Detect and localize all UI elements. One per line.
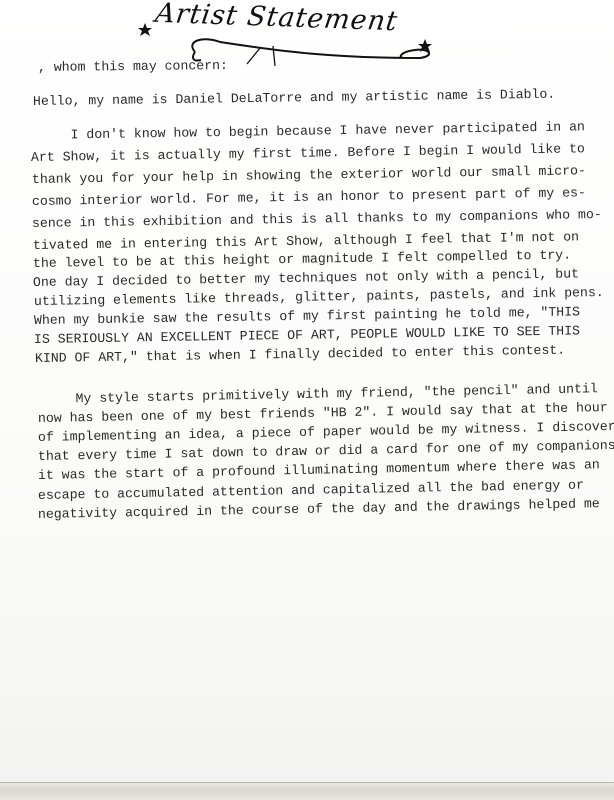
paper-stack-edge [0,782,614,800]
salutation: , whom this may concern: [38,58,228,76]
handwritten-title: Artist Statement [135,0,435,66]
